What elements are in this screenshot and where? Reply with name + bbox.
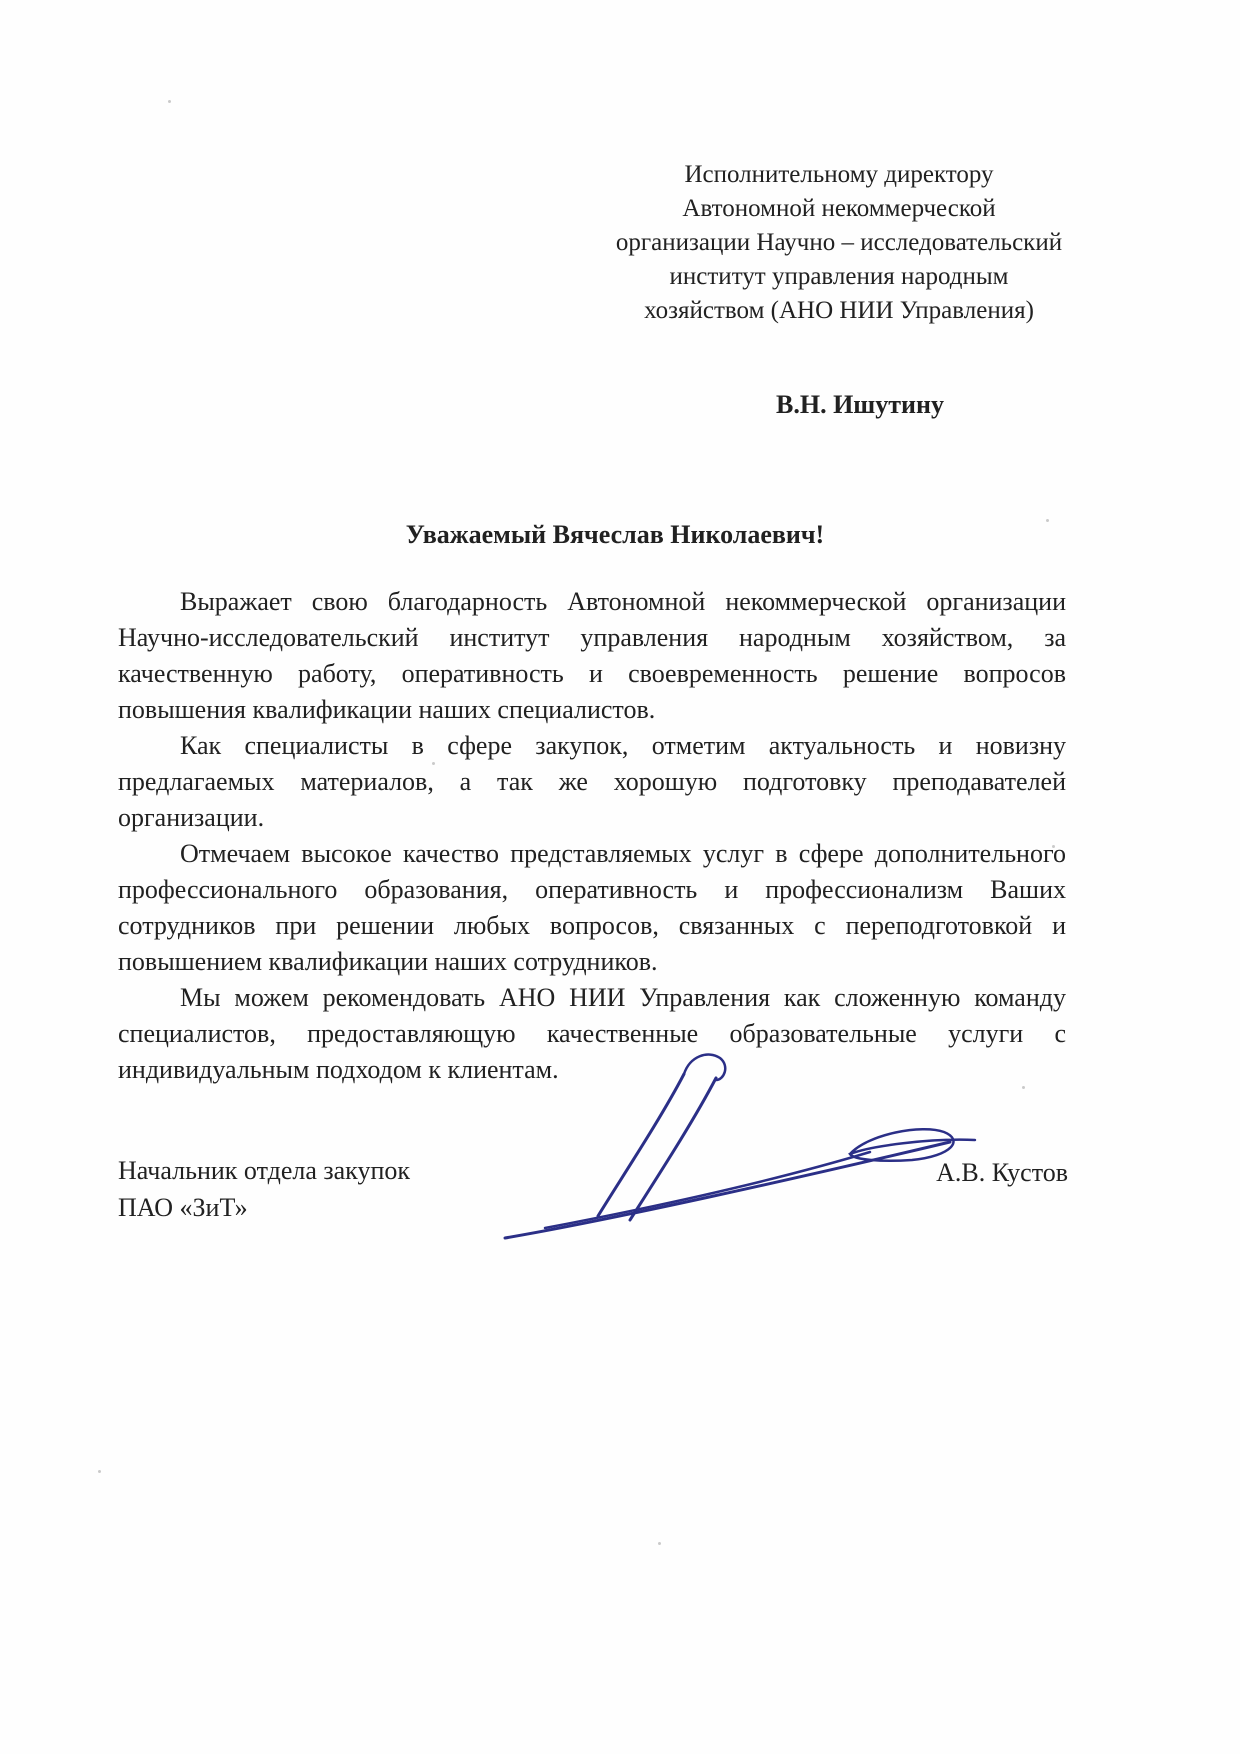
scan-speck — [432, 762, 435, 765]
signatory-name: А.В. Кустов — [838, 1158, 1068, 1188]
scanned-letter-page: Исполнительному директору Автономной нек… — [0, 0, 1240, 1754]
signature-stroke — [545, 1152, 870, 1228]
scan-speck — [1052, 845, 1055, 848]
signature-stroke — [598, 1074, 684, 1216]
scan-speck — [658, 1542, 661, 1545]
salutation: Уважаемый Вячеслав Николаевич! — [230, 520, 1000, 550]
scan-speck — [168, 100, 171, 103]
signature-stroke — [850, 1129, 975, 1161]
recipient-line: Автономной некоммерческой — [606, 192, 1072, 226]
scan-speck — [1046, 519, 1049, 522]
paragraph: Отмечаем высокое качество представляемых… — [118, 836, 1066, 980]
letter-body: Выражает свою благодарность Автономной н… — [118, 584, 1066, 1088]
handwritten-signature — [470, 1030, 990, 1270]
recipient-line: Исполнительному директору — [606, 158, 1072, 192]
paragraph: Выражает свою благодарность Автономной н… — [118, 584, 1066, 728]
recipient-line: хозяйством (АНО НИИ Управления) — [606, 294, 1072, 328]
signoff-position-line: Начальник отдела закупок — [118, 1152, 410, 1189]
recipient-line: организации Научно – исследовательский — [606, 226, 1072, 260]
recipient-line: институт управления народным — [606, 260, 1072, 294]
signoff-position-line: ПАО «ЗиТ» — [118, 1189, 410, 1226]
scan-speck — [98, 1470, 101, 1473]
recipient-block: Исполнительному директору Автономной нек… — [606, 158, 1072, 328]
signoff-position: Начальник отдела закупок ПАО «ЗиТ» — [118, 1152, 410, 1226]
scan-speck — [1022, 1086, 1025, 1089]
paragraph: Как специалисты в сфере закупок, отметим… — [118, 728, 1066, 836]
recipient-name: В.Н. Ишутину — [640, 390, 1080, 420]
signature-stroke — [684, 1055, 725, 1080]
